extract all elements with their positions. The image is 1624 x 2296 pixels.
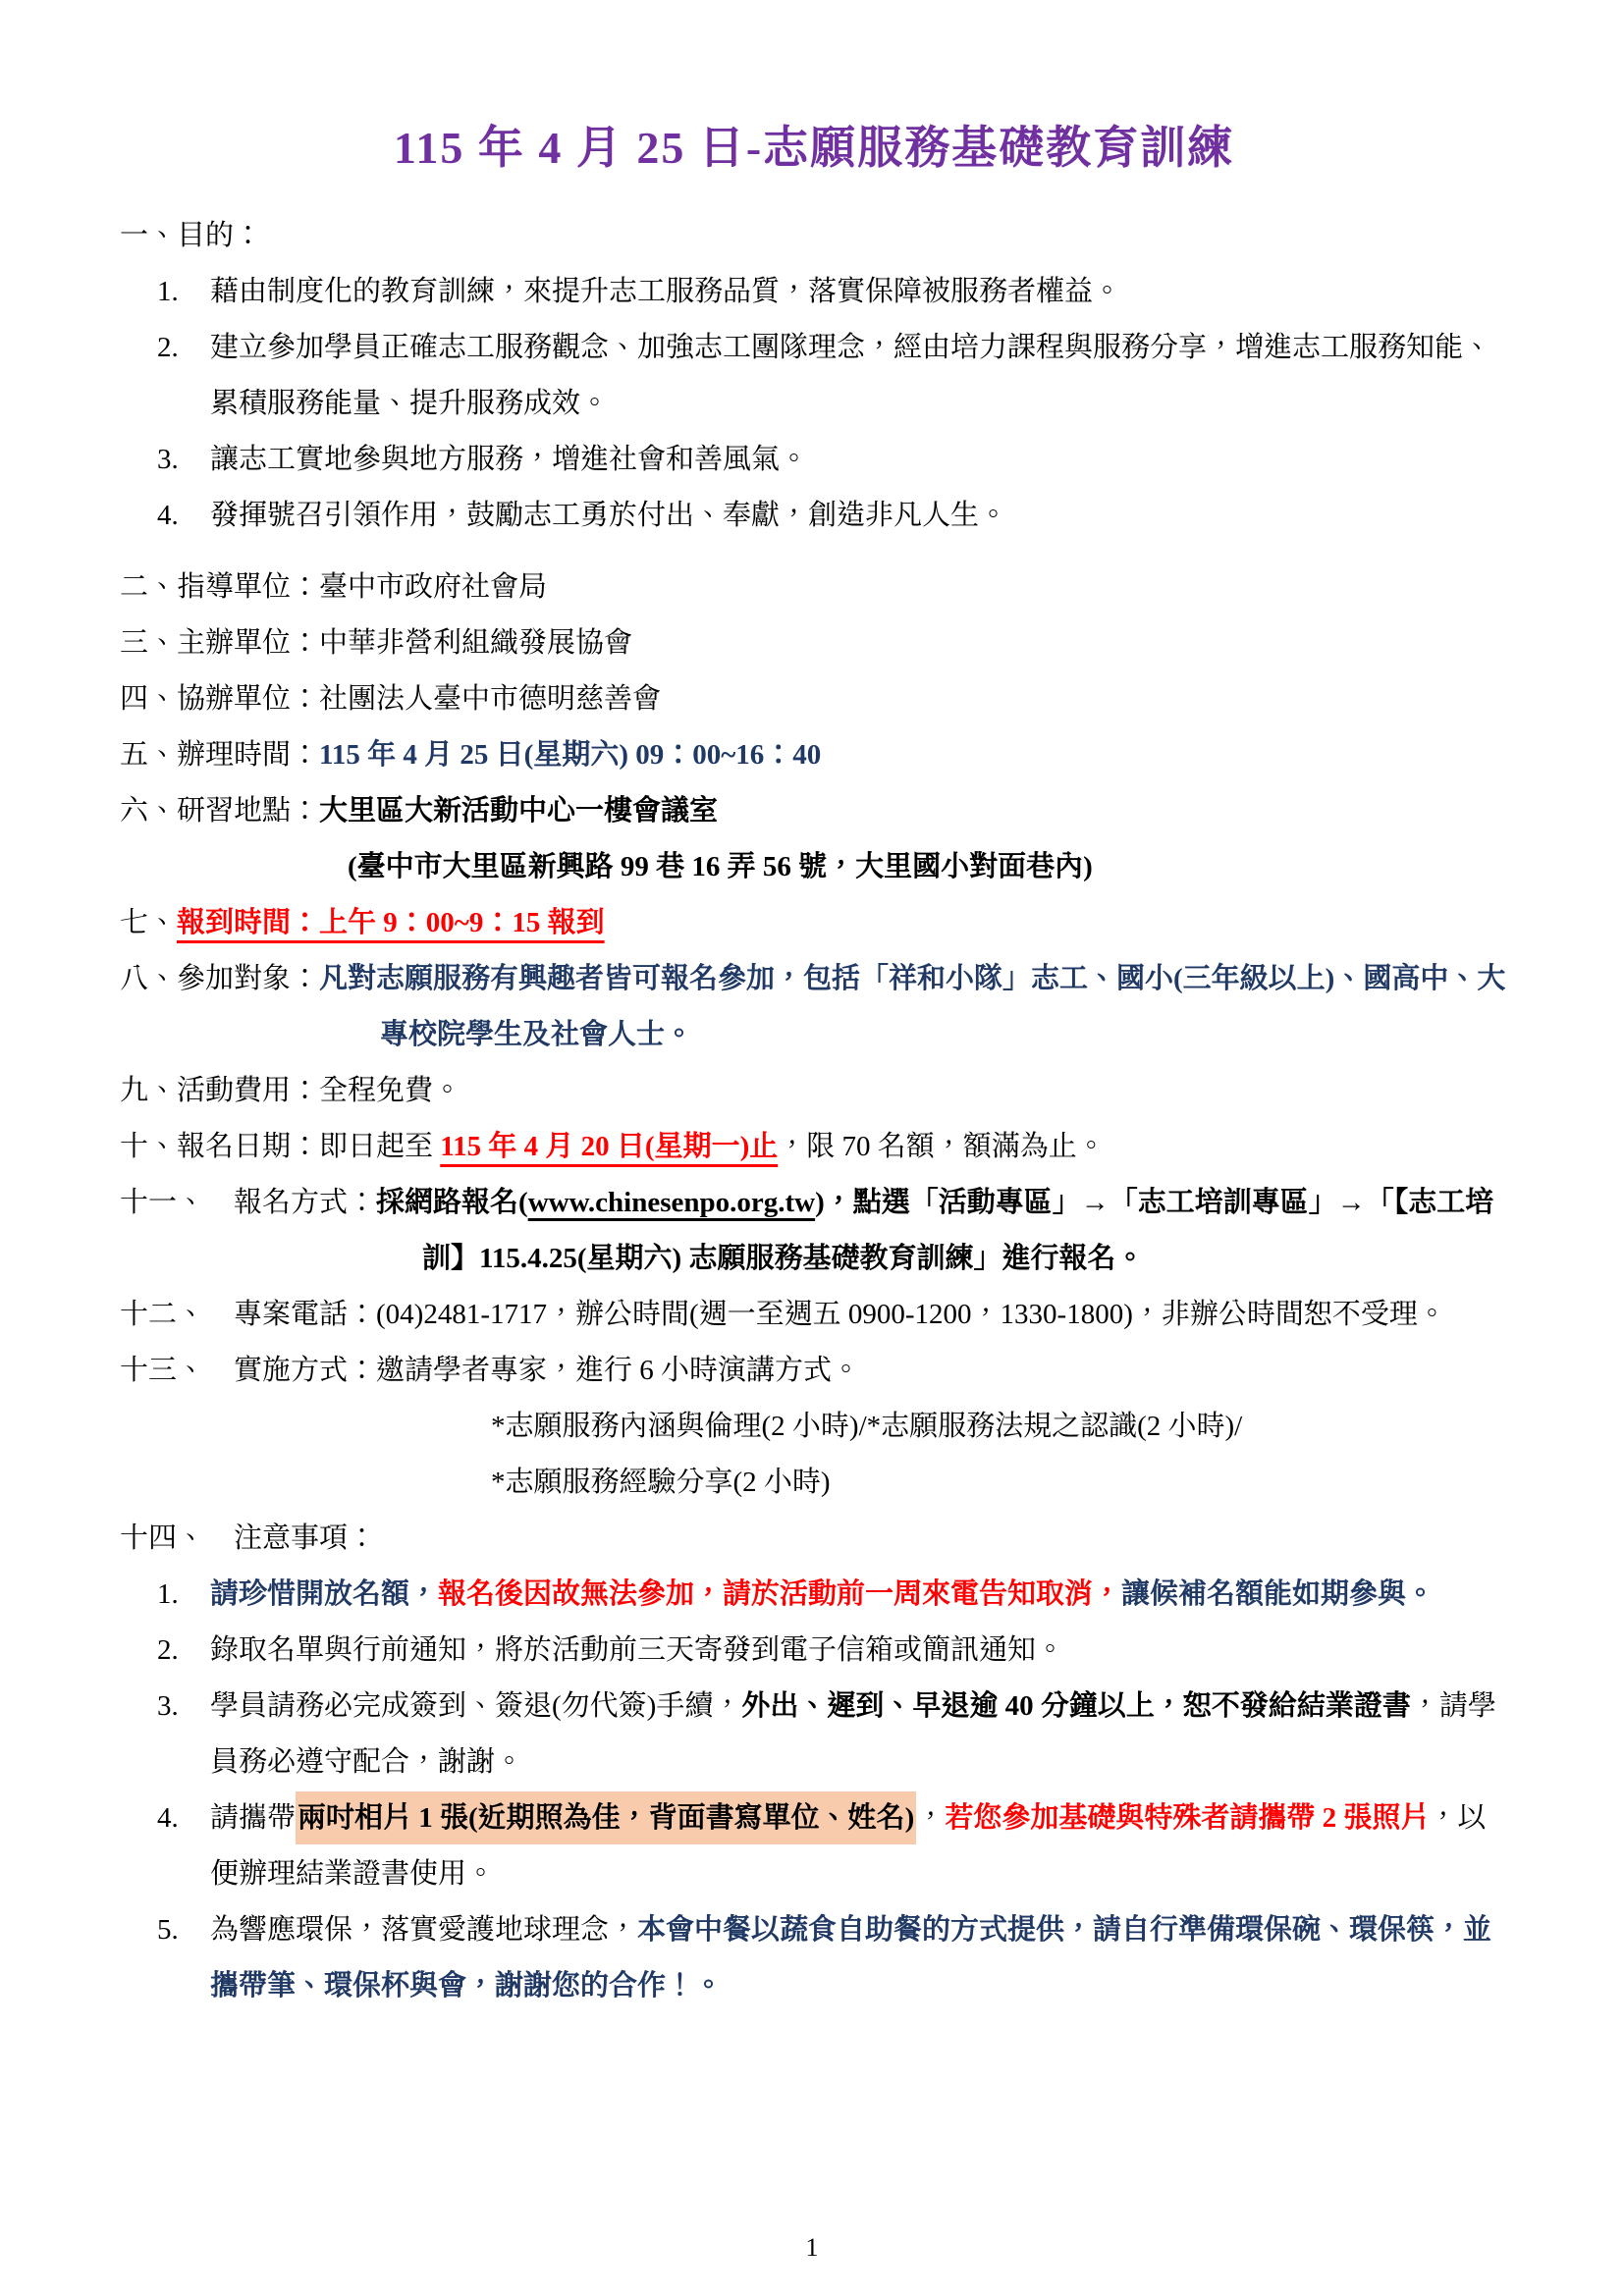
- list-number: 4.: [157, 488, 179, 544]
- text-segment: 十、報名日期：即日起至: [120, 1131, 440, 1162]
- section-5-event-time: 五、辦理時間：115 年 4 月 25 日(星期六) 09：00~16：40: [120, 727, 1508, 783]
- section-11-registration-method: 十一、 報名方式：採網路報名(www.chinesenpo.org.tw)，點選…: [120, 1175, 1508, 1287]
- section-10-registration-deadline: 十、報名日期：即日起至 115 年 4 月 20 日(星期一)止，限 70 名額…: [120, 1119, 1508, 1175]
- text-segment: 建立參加學員正確志工服務觀念、加強志工團隊理念，經由培力課程與服務分享，增進志工…: [210, 332, 1491, 419]
- text-segment: 凡對志願服務有興趣者皆可報名參加，包括「祥和小隊」志工、國小(三年級以上)、國高…: [319, 963, 1505, 1050]
- note-item-1: 1.請珍惜開放名額，報名後因故無法參加，請於活動前一周來電告知取消，讓候補名額能…: [120, 1567, 1508, 1623]
- website-url-link[interactable]: www.chinesenpo.org.tw: [528, 1187, 815, 1218]
- section-4-co-organizer: 四、協辦單位：社團法人臺中市德明慈善會: [120, 671, 1508, 727]
- text-segment: 藉由制度化的教育訓練，來提升志工服務品質，落實保障被服務者權益。: [210, 276, 1121, 307]
- section-14-notes-heading: 十四、 注意事項：: [120, 1511, 1508, 1567]
- text-segment: 學員請務必完成簽到、簽退(勿代簽)手續，: [210, 1690, 741, 1722]
- text-segment: 115 年 4 月 25 日(星期六) 09：00~16：40: [319, 739, 821, 771]
- text-segment: 讓候補名額能如期參與。: [1121, 1578, 1435, 1610]
- text-segment: 二、指導單位：臺中市政府社會局: [120, 571, 547, 603]
- course-list-line-2: *志願服務經驗分享(2 小時): [120, 1455, 1508, 1511]
- text-segment: 一、目的：: [120, 220, 262, 251]
- purpose-item-2: 2.建立參加學員正確志工服務觀念、加強志工團隊理念，經由培力課程與服務分享，增進…: [120, 320, 1508, 432]
- note-item-5: 5.為響應環保，落實愛護地球理念，本會中餐以蔬食自助餐的方式提供，請自行準備環保…: [120, 1902, 1508, 2014]
- section-9-fee: 九、活動費用：全程免費。: [120, 1063, 1508, 1119]
- text-segment: 115 年 4 月 20 日(星期一)止: [440, 1131, 778, 1162]
- text-segment: 若您參加基礎與特殊者請攜帶 2 張照片: [945, 1802, 1429, 1834]
- text-segment: 報名後因故無法參加，請於活動前一周來電告知取消，: [438, 1578, 1121, 1610]
- text-segment: 八、參加對象：: [120, 963, 319, 994]
- document-title: 115 年 4 月 25 日-志願服務基礎教育訓練: [120, 116, 1508, 181]
- text-segment: 請攜帶: [210, 1802, 296, 1834]
- text-segment: 六、研習地點：: [120, 795, 319, 827]
- text-segment: 七、: [120, 907, 177, 938]
- note-item-2: 2.錄取名單與行前通知，將於活動前三天寄發到電子信箱或簡訊通知。: [120, 1623, 1508, 1679]
- text-segment: ，: [916, 1802, 945, 1834]
- text-segment: 十三、 實施方式：邀請學者專家，進行 6 小時演講方式。: [120, 1355, 860, 1386]
- text-segment: *志願服務內涵與倫理(2 小時)/*志願服務法規之認識(2 小時)/: [491, 1411, 1242, 1442]
- text-segment: 請珍惜開放名額，: [210, 1578, 438, 1610]
- text-segment: 發揮號召引領作用，鼓勵志工勇於付出、奉獻，創造非凡人生。: [210, 500, 1007, 531]
- text-segment: 大里區大新活動中心一樓會議室: [319, 795, 718, 827]
- text-segment: 三、主辦單位：中華非營利組織發展協會: [120, 627, 632, 659]
- list-number: 5.: [157, 1902, 179, 1958]
- text-segment: (臺中市大里區新興路 99 巷 16 弄 56 號，大里國小對面巷內): [348, 851, 1093, 882]
- document-page: 115 年 4 月 25 日-志願服務基礎教育訓練 一、目的：1.藉由制度化的教…: [0, 0, 1624, 2296]
- page-number: 1: [0, 2233, 1624, 2263]
- text-segment: 採網路報名(: [376, 1187, 528, 1218]
- section-2-supervising-unit: 二、指導單位：臺中市政府社會局: [120, 560, 1508, 615]
- note-item-3: 3.學員請務必完成簽到、簽退(勿代簽)手續，外出、遲到、早退逾 40 分鐘以上，…: [120, 1679, 1508, 1790]
- list-number: 1.: [157, 1567, 179, 1623]
- text-segment: ，限 70 名額，額滿為止。: [778, 1131, 1106, 1162]
- purpose-item-1: 1.藉由制度化的教育訓練，來提升志工服務品質，落實保障被服務者權益。: [120, 264, 1508, 320]
- text-segment: 為響應環保，落實愛護地球理念，: [210, 1914, 637, 1946]
- text-segment: *志願服務經驗分享(2 小時): [491, 1467, 831, 1498]
- text-segment: 四、協辦單位：社團法人臺中市德明慈善會: [120, 683, 661, 715]
- note-item-4: 4.請攜帶兩吋相片 1 張(近期照為佳，背面書寫單位、姓名)，若您參加基礎與特殊…: [120, 1790, 1508, 1902]
- list-number: 2.: [157, 320, 179, 376]
- document-content: 115 年 4 月 25 日-志願服務基礎教育訓練 一、目的：1.藉由制度化的教…: [0, 0, 1624, 2014]
- text-segment: 報到時間：上午 9：00~9：15 報到: [177, 907, 605, 938]
- list-number: 2.: [157, 1623, 179, 1679]
- venue-address: (臺中市大里區新興路 99 巷 16 弄 56 號，大里國小對面巷內): [120, 839, 1508, 895]
- text-segment: 十一、 報名方式：: [120, 1187, 376, 1218]
- list-number: 4.: [157, 1790, 179, 1846]
- text-segment: 九、活動費用：全程免費。: [120, 1075, 461, 1106]
- purpose-item-4: 4.發揮號召引領作用，鼓勵志工勇於付出、奉獻，創造非凡人生。: [120, 488, 1508, 544]
- section-13-format: 十三、 實施方式：邀請學者專家，進行 6 小時演講方式。: [120, 1343, 1508, 1399]
- text-segment: 十二、 專案電話：(04)2481-1717，辦公時間(週一至週五 0900-1…: [120, 1299, 1446, 1330]
- text-segment: 十四、 注意事項：: [120, 1522, 376, 1554]
- list-number: 3.: [157, 1679, 179, 1735]
- section-3-organizer: 三、主辦單位：中華非營利組織發展協會: [120, 615, 1508, 671]
- list-number: 3.: [157, 432, 179, 488]
- section-7-checkin-time: 七、報到時間：上午 9：00~9：15 報到: [120, 895, 1508, 951]
- text-segment: 錄取名單與行前通知，將於活動前三天寄發到電子信箱或簡訊通知。: [210, 1634, 1064, 1666]
- list-number: 1.: [157, 264, 179, 320]
- text-segment: 外出、遲到、早退逾 40 分鐘以上，恕不發給結業證書: [741, 1690, 1411, 1722]
- text-segment: 五、辦理時間：: [120, 739, 319, 771]
- section-1-purpose-heading: 一、目的：: [120, 208, 1508, 264]
- section-6-venue: 六、研習地點：大里區大新活動中心一樓會議室: [120, 783, 1508, 839]
- document-body: 一、目的：1.藉由制度化的教育訓練，來提升志工服務品質，落實保障被服務者權益。2…: [120, 208, 1508, 2014]
- text-segment: 讓志工實地參與地方服務，增進社會和善風氣。: [210, 444, 808, 475]
- text-segment: 兩吋相片 1 張(近期照為佳，背面書寫單位、姓名): [296, 1791, 916, 1844]
- section-8-participants: 八、參加對象：凡對志願服務有興趣者皆可報名參加，包括「祥和小隊」志工、國小(三年…: [120, 951, 1508, 1063]
- course-list-line-1: *志願服務內涵與倫理(2 小時)/*志願服務法規之認識(2 小時)/: [120, 1399, 1508, 1455]
- purpose-item-3: 3.讓志工實地參與地方服務，增進社會和善風氣。: [120, 432, 1508, 488]
- section-12-contact-phone: 十二、 專案電話：(04)2481-1717，辦公時間(週一至週五 0900-1…: [120, 1287, 1508, 1343]
